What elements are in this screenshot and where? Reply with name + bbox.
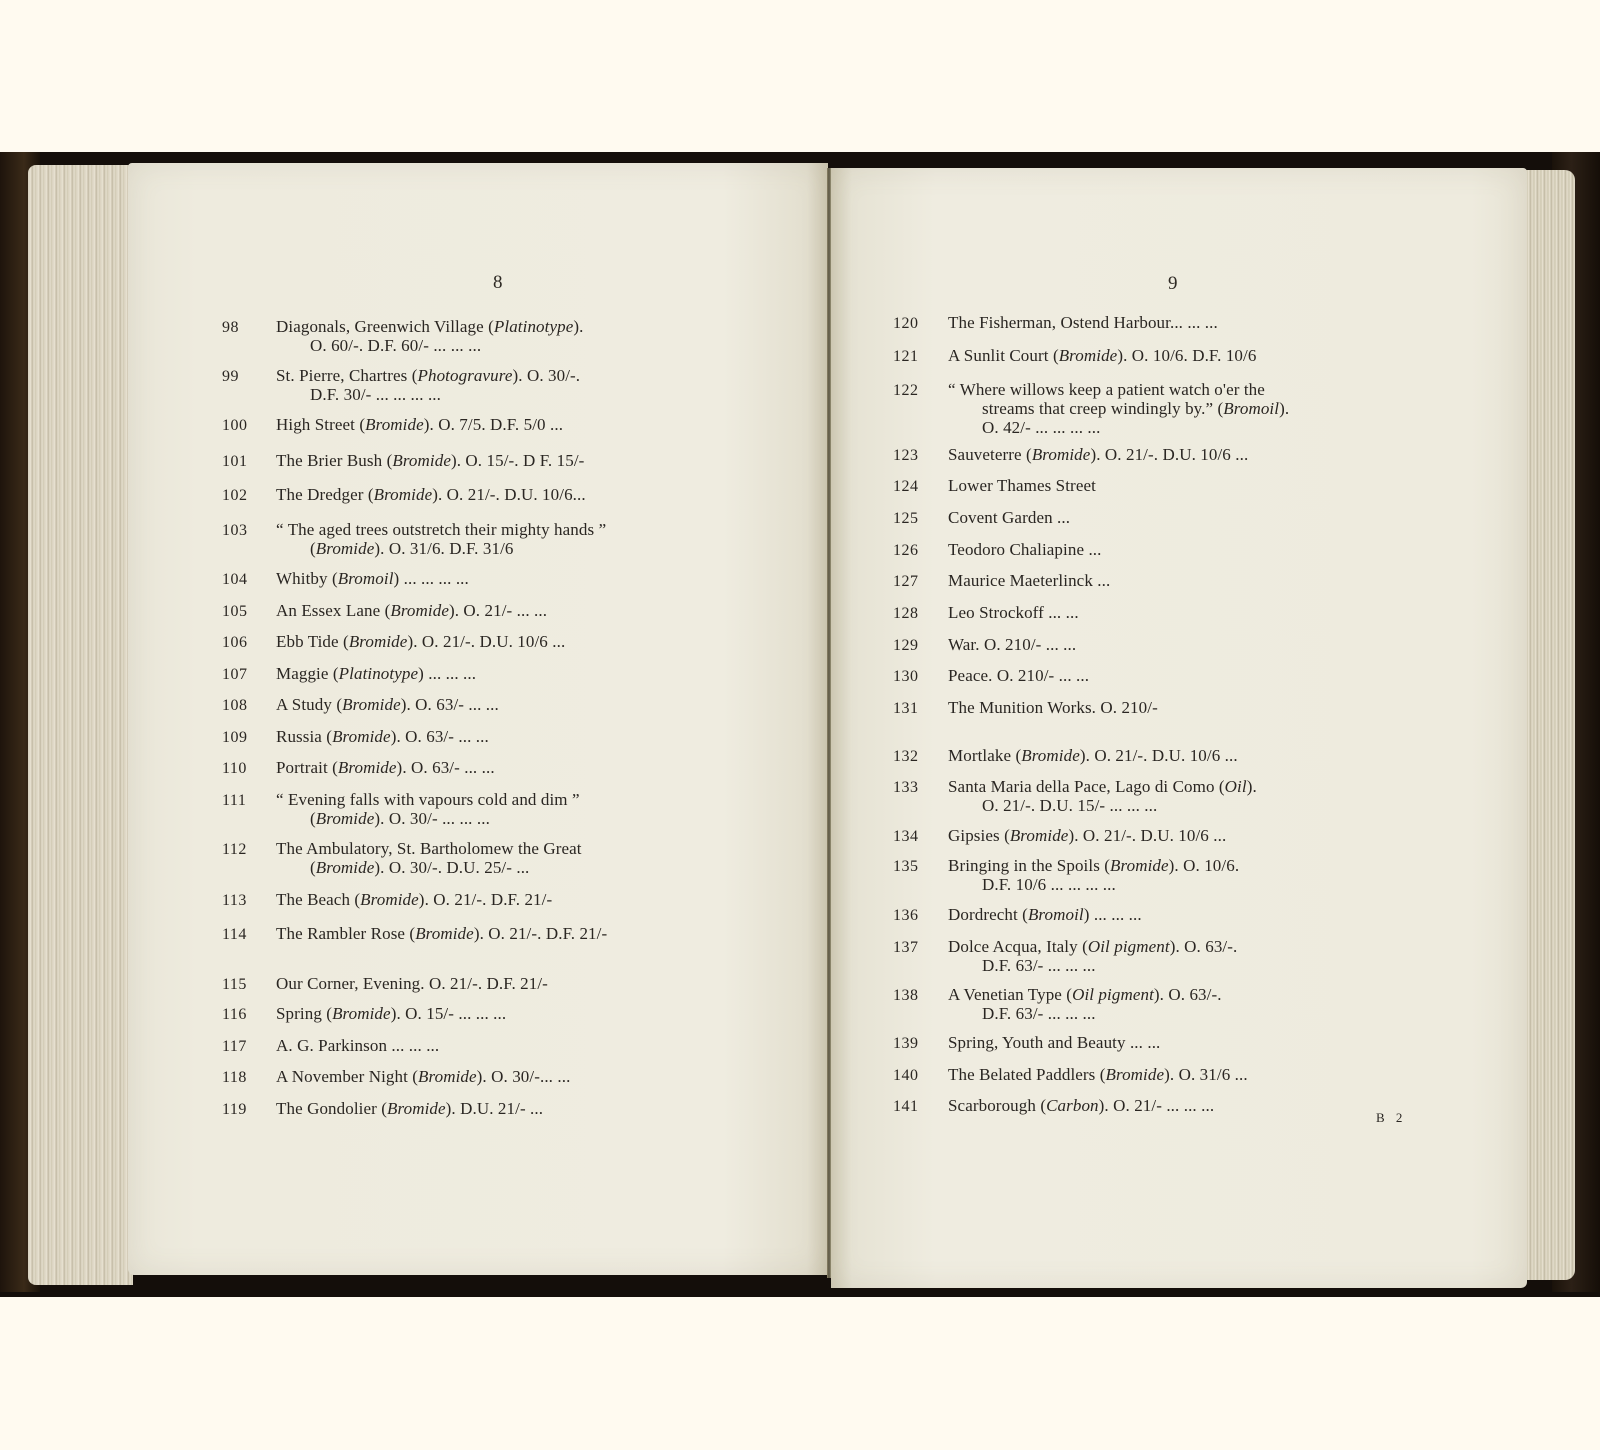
entry-title-line: Santa Maria della Pace, Lago di Como (Oi… bbox=[948, 778, 1257, 796]
entry-number: 106 bbox=[222, 634, 262, 652]
entry-title-line: The Brier Bush (Bromide). O. 15/-. D F. … bbox=[276, 452, 584, 470]
entry-title-line: A. G. Parkinson ... ... ... bbox=[276, 1037, 439, 1055]
entry-title-line: The Rambler Rose (Bromide). O. 21/-. D.F… bbox=[276, 925, 607, 943]
entry-number: 105 bbox=[222, 603, 262, 621]
entry-title-line: Diagonals, Greenwich Village (Platinotyp… bbox=[276, 318, 583, 336]
entry-title-line: Spring, Youth and Beauty ... ... bbox=[948, 1034, 1160, 1052]
entry-number: 117 bbox=[222, 1038, 262, 1056]
entry-title-line: streams that creep windingly by.” (Bromo… bbox=[982, 400, 1289, 418]
entry-number: 130 bbox=[893, 668, 933, 686]
entry-title-line: D.F. 63/- ... ... ... bbox=[982, 957, 1096, 975]
entry-number: 134 bbox=[893, 828, 933, 846]
entry-title-line: A November Night (Bromide). O. 30/-... .… bbox=[276, 1068, 570, 1086]
entry-number: 111 bbox=[222, 792, 262, 810]
entry-title-line: (Bromide). O. 31/6. D.F. 31/6 bbox=[310, 540, 514, 558]
entry-number: 122 bbox=[893, 382, 933, 400]
entry-title-line: Gipsies (Bromide). O. 21/-. D.U. 10/6 ..… bbox=[948, 827, 1226, 845]
left-page-number: 8 bbox=[493, 272, 503, 294]
entry-title-line: Leo Strockoff ... ... bbox=[948, 604, 1079, 622]
entry-title-line: Lower Thames Street bbox=[948, 477, 1096, 495]
entry-number: 139 bbox=[893, 1035, 933, 1053]
entry-title-line: The Dredger (Bromide). O. 21/-. D.U. 10/… bbox=[276, 486, 586, 504]
entry-title-line: A Study (Bromide). O. 63/- ... ... bbox=[276, 696, 499, 714]
entry-title-line: A Venetian Type (Oil pigment). O. 63/-. bbox=[948, 986, 1222, 1004]
entry-title-line: Whitby (Bromoil) ... ... ... ... bbox=[276, 570, 469, 588]
entry-title-line: Ebb Tide (Bromide). O. 21/-. D.U. 10/6 .… bbox=[276, 633, 565, 651]
entry-title-line: D.F. 30/- ... ... ... ... bbox=[310, 386, 441, 404]
entry-title-line: D.F. 63/- ... ... ... bbox=[982, 1005, 1096, 1023]
entry-title-line: The Fisherman, Ostend Harbour... ... ... bbox=[948, 314, 1218, 332]
entry-title-line: The Munition Works. O. 210/- bbox=[948, 699, 1158, 717]
entry-number: 107 bbox=[222, 666, 262, 684]
entry-number: 136 bbox=[893, 907, 933, 925]
entry-title-line: Bringing in the Spoils (Bromide). O. 10/… bbox=[948, 857, 1239, 875]
entry-title-line: O. 60/-. D.F. 60/- ... ... ... bbox=[310, 337, 481, 355]
entry-title-line: O. 21/-. D.U. 15/- ... ... ... bbox=[982, 797, 1157, 815]
entry-title-line: Peace. O. 210/- ... ... bbox=[948, 667, 1089, 685]
entry-number: 129 bbox=[893, 637, 933, 655]
entry-number: 99 bbox=[222, 368, 262, 386]
entry-title-line: Mortlake (Bromide). O. 21/-. D.U. 10/6 .… bbox=[948, 747, 1238, 765]
entry-title-line: Dolce Acqua, Italy (Oil pigment). O. 63/… bbox=[948, 938, 1237, 956]
entry-number: 118 bbox=[222, 1069, 262, 1087]
book-gutter bbox=[827, 168, 831, 1278]
entry-title-line: The Beach (Bromide). O. 21/-. D.F. 21/- bbox=[276, 891, 552, 909]
entry-title-line: “ The aged trees outstretch their mighty… bbox=[276, 521, 606, 539]
entry-title-line: “ Where willows keep a patient watch o'e… bbox=[948, 381, 1265, 399]
entry-title-line: An Essex Lane (Bromide). O. 21/- ... ... bbox=[276, 602, 547, 620]
entry-title-line: The Ambulatory, St. Bartholomew the Grea… bbox=[276, 840, 582, 858]
entry-number: 127 bbox=[893, 573, 933, 591]
entry-number: 98 bbox=[222, 319, 262, 337]
right-page-number: 9 bbox=[1168, 273, 1178, 295]
entry-number: 124 bbox=[893, 478, 933, 496]
entry-number: 133 bbox=[893, 779, 933, 797]
entry-number: 121 bbox=[893, 348, 933, 366]
entry-number: 140 bbox=[893, 1067, 933, 1085]
page-edges-left bbox=[28, 165, 133, 1285]
entry-title-line: High Street (Bromide). O. 7/5. D.F. 5/0 … bbox=[276, 416, 563, 434]
entry-number: 120 bbox=[893, 315, 933, 333]
entry-number: 113 bbox=[222, 892, 262, 910]
signature-mark: B 2 bbox=[1376, 1110, 1406, 1126]
entry-title-line: The Belated Paddlers (Bromide). O. 31/6 … bbox=[948, 1066, 1248, 1084]
entry-title-line: St. Pierre, Chartres (Photogravure). O. … bbox=[276, 367, 580, 385]
entry-title-line: Russia (Bromide). O. 63/- ... ... bbox=[276, 728, 489, 746]
entry-title-line: War. O. 210/- ... ... bbox=[948, 636, 1076, 654]
entry-number: 135 bbox=[893, 858, 933, 876]
entry-number: 112 bbox=[222, 841, 262, 859]
entry-number: 132 bbox=[893, 748, 933, 766]
entry-number: 119 bbox=[222, 1101, 262, 1119]
entry-number: 141 bbox=[893, 1098, 933, 1116]
entry-title-line: Covent Garden ... bbox=[948, 509, 1070, 527]
entry-title-line: Scarborough (Carbon). O. 21/- ... ... ..… bbox=[948, 1097, 1214, 1115]
entry-title-line: Portrait (Bromide). O. 63/- ... ... bbox=[276, 759, 495, 777]
entry-title-line: Sauveterre (Bromide). O. 21/-. D.U. 10/6… bbox=[948, 446, 1248, 464]
entry-number: 102 bbox=[222, 487, 262, 505]
entry-number: 128 bbox=[893, 605, 933, 623]
entry-number: 123 bbox=[893, 447, 933, 465]
entry-number: 101 bbox=[222, 453, 262, 471]
entry-number: 100 bbox=[222, 417, 262, 435]
entry-number: 138 bbox=[893, 987, 933, 1005]
entry-number: 109 bbox=[222, 729, 262, 747]
entry-title-line: Maggie (Platinotype) ... ... ... bbox=[276, 665, 476, 683]
entry-title-line: D.F. 10/6 ... ... ... ... bbox=[982, 876, 1116, 894]
entry-title-line: O. 42/- ... ... ... ... bbox=[982, 419, 1100, 437]
entry-title-line: Dordrecht (Bromoil) ... ... ... bbox=[948, 906, 1142, 924]
entry-number: 131 bbox=[893, 700, 933, 718]
entry-title-line: The Gondolier (Bromide). D.U. 21/- ... bbox=[276, 1100, 543, 1118]
entry-title-line: Maurice Maeterlinck ... bbox=[948, 572, 1110, 590]
entry-title-line: Teodoro Chaliapine ... bbox=[948, 541, 1102, 559]
entry-title-line: (Bromide). O. 30/-. D.U. 25/- ... bbox=[310, 859, 529, 877]
entry-number: 126 bbox=[893, 542, 933, 560]
entry-number: 114 bbox=[222, 926, 262, 944]
entry-title-line: A Sunlit Court (Bromide). O. 10/6. D.F. … bbox=[948, 347, 1256, 365]
entry-number: 110 bbox=[222, 760, 262, 778]
entry-title-line: Spring (Bromide). O. 15/- ... ... ... bbox=[276, 1005, 506, 1023]
entry-title-line: Our Corner, Evening. O. 21/-. D.F. 21/- bbox=[276, 975, 548, 993]
entry-number: 108 bbox=[222, 697, 262, 715]
entry-number: 115 bbox=[222, 976, 262, 994]
entry-title-line: “ Evening falls with vapours cold and di… bbox=[276, 791, 580, 809]
right-page bbox=[831, 168, 1527, 1288]
entry-title-line: (Bromide). O. 30/- ... ... ... bbox=[310, 810, 490, 828]
entry-number: 116 bbox=[222, 1006, 262, 1024]
page-edges-right bbox=[1525, 170, 1575, 1280]
entry-number: 125 bbox=[893, 510, 933, 528]
entry-number: 104 bbox=[222, 571, 262, 589]
entry-number: 103 bbox=[222, 522, 262, 540]
entry-number: 137 bbox=[893, 939, 933, 957]
